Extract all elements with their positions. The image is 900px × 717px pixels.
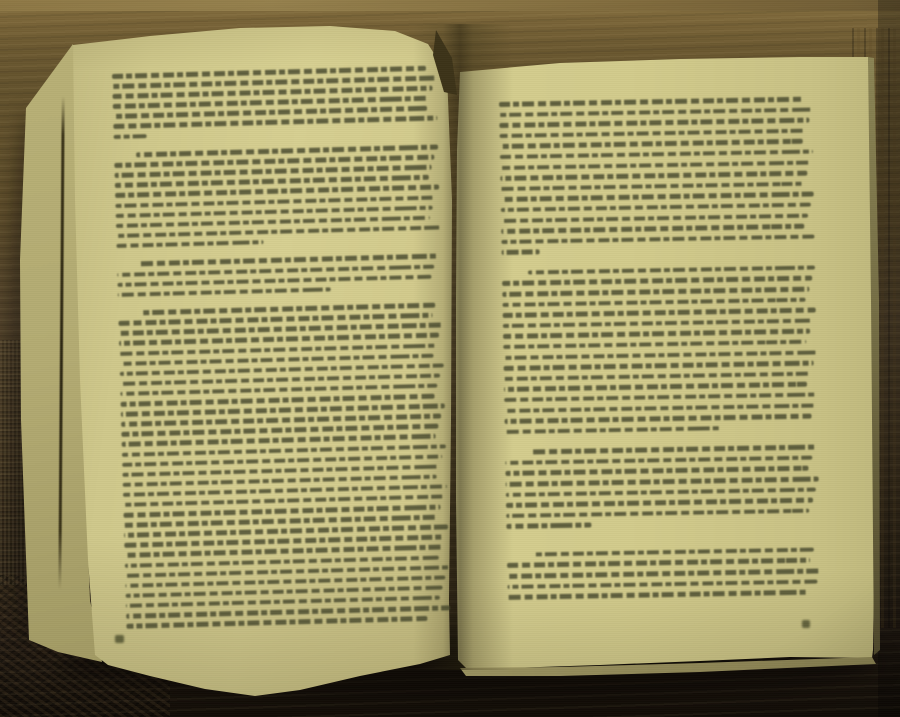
photo-vignette [0,0,900,717]
photo-of-open-book [0,0,900,717]
